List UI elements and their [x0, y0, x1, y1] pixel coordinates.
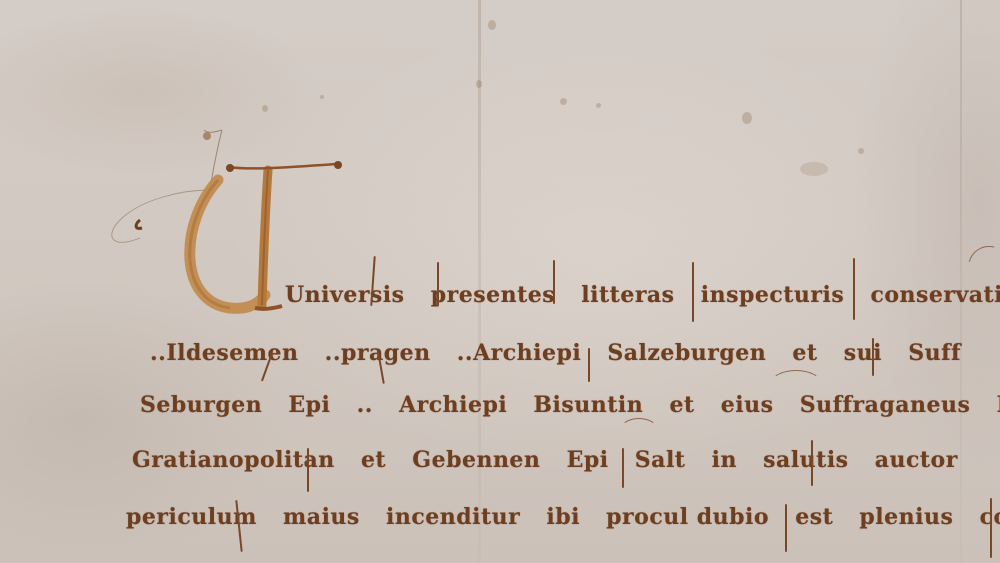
stain-spot	[262, 105, 268, 112]
manuscript-line-3: Seburgen Epi .. Archiepi Bisuntin et eiu…	[140, 392, 1000, 418]
manuscript-line-2: ..Ildesemen ..pragen ..Archiepi Salzebur…	[150, 340, 979, 366]
word: incenditur	[386, 504, 520, 530]
word: ibi	[546, 504, 580, 530]
word: Epi	[567, 447, 609, 473]
word: et	[792, 340, 817, 366]
word: Salzeburgen	[607, 340, 766, 366]
word: Archiepi	[399, 392, 507, 418]
manuscript-line-1: Universis presentes litteras inspecturis…	[285, 282, 1000, 308]
stain-spot	[742, 112, 752, 124]
word: auctor	[875, 447, 958, 473]
stain-spot	[596, 103, 601, 108]
word: Gratianopolitan	[132, 447, 335, 473]
stain-spot	[858, 148, 864, 154]
ascender-stroke	[437, 262, 439, 306]
stain-spot	[800, 162, 828, 176]
ascender-stroke	[811, 440, 813, 486]
descender-stroke	[872, 338, 874, 376]
stain-spot	[560, 98, 567, 105]
ascender-stroke	[785, 504, 787, 552]
word: ..Ildesemen	[150, 340, 299, 366]
word: ..	[357, 392, 373, 418]
manuscript-line-4: Gratianopolitan et Gebennen Epi Salt in …	[132, 447, 976, 473]
word: Bel	[997, 392, 1000, 418]
word: inspecturis	[701, 282, 845, 308]
stain-spot	[476, 80, 482, 88]
word: Seburgen	[140, 392, 262, 418]
word: et	[669, 392, 694, 418]
word: Epi	[288, 392, 330, 418]
ascender-stroke	[553, 260, 555, 304]
word: est	[795, 504, 833, 530]
descender-stroke	[588, 348, 590, 382]
penwork-flourish	[770, 370, 822, 398]
ascender-stroke	[990, 498, 992, 558]
word: maius	[283, 504, 360, 530]
word: litteras	[581, 282, 674, 308]
word: sui	[844, 340, 882, 366]
word: in	[712, 447, 737, 473]
word: Suff	[908, 340, 961, 366]
descender-stroke	[622, 448, 624, 488]
ascender-stroke	[307, 448, 309, 492]
stain-spot	[320, 95, 324, 99]
penwork-flourish	[620, 418, 658, 442]
word: salutis	[763, 447, 848, 473]
manuscript-line-5: periculum maius incenditur ibi procul du…	[126, 504, 1000, 530]
stain-spot	[488, 20, 496, 30]
manuscript-page: Universis presentes litteras inspecturis…	[0, 0, 1000, 563]
word: Suffraganeus	[800, 392, 971, 418]
word: Bisuntin	[533, 392, 643, 418]
word: presentes	[431, 282, 555, 308]
word: procul dubio	[606, 504, 769, 530]
word: et	[361, 447, 386, 473]
word: eius	[721, 392, 774, 418]
word: Universis	[285, 282, 405, 308]
word: Salt	[635, 447, 686, 473]
word: Gebennen	[412, 447, 540, 473]
ascender-stroke	[692, 262, 694, 322]
word: ..Archiepi	[457, 340, 581, 366]
ascender-stroke	[853, 258, 855, 320]
word: plenius	[859, 504, 953, 530]
